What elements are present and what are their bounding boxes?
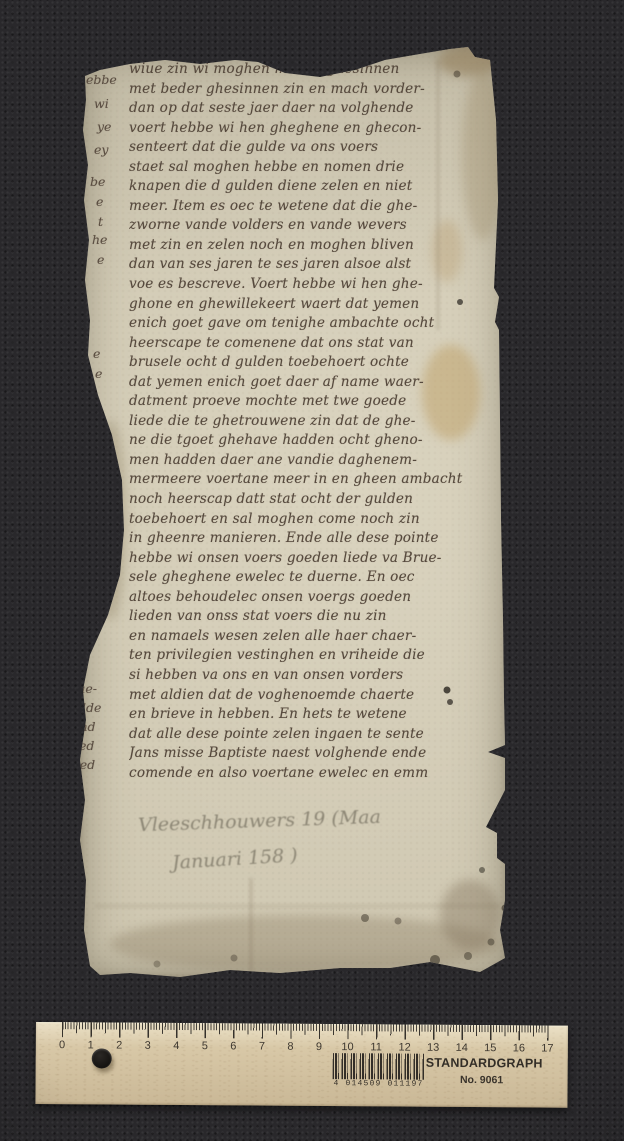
ruler: 01234567891011121314151617 4 014509 0111…	[35, 1022, 568, 1108]
margin-fragment: e	[96, 194, 103, 209]
ruler-hole	[92, 1048, 112, 1068]
margin-fragment: hilde	[70, 700, 101, 715]
barcode-digits: 4 014509 011197	[327, 1079, 431, 1089]
ruler-number: 13	[419, 1042, 448, 1054]
ruler-brand-label: STANDARDGRAPH	[426, 1056, 538, 1071]
ruler-number: 15	[476, 1042, 505, 1054]
ruler-number: 4	[162, 1040, 191, 1052]
ruler-number: 2	[105, 1039, 134, 1051]
ruler-number: 8	[276, 1041, 305, 1053]
ruler-number: 12	[390, 1041, 419, 1053]
ruler-number: 16	[505, 1042, 534, 1054]
ruler-scale-numbers: 01234567891011121314151617	[48, 1039, 562, 1055]
ruler-number: 9	[305, 1041, 334, 1053]
margin-fragment: t	[98, 214, 103, 229]
ruler-number: 3	[133, 1040, 162, 1052]
margin-fragment: e	[95, 366, 102, 381]
margin-fragment: wi	[94, 96, 109, 111]
photo-of-manuscript: { "photo": { "background_color": "#29282…	[0, 0, 624, 1141]
ruler-number: 7	[248, 1040, 277, 1052]
ruler-number: 6	[219, 1040, 248, 1052]
margin-fragment: m	[76, 620, 88, 635]
margin-fragment: ye	[97, 119, 111, 134]
ruler-number: 11	[362, 1041, 391, 1053]
barcode	[333, 1053, 425, 1080]
ruler-number: 17	[533, 1042, 562, 1054]
ruler-centimeter-ticks	[62, 1022, 550, 1040]
margin-fragment: e	[97, 252, 104, 267]
margin-fragment: be	[90, 174, 105, 189]
ruler-number: 5	[191, 1040, 220, 1052]
margin-fragment: r	[82, 598, 88, 613]
margin-fragments: ebbewiyeeybeetheeeermtyjae-hildeandbedwe…	[0, 0, 624, 1141]
ruler-number: 0	[48, 1039, 77, 1051]
ruler-number: 10	[333, 1041, 362, 1053]
ink-specks	[0, 0, 4, 4]
margin-fragment: t	[82, 642, 87, 657]
margin-fragment: ey	[94, 142, 108, 157]
margin-fragment: bed	[71, 738, 94, 753]
margin-fragment: he	[92, 232, 107, 247]
margin-fragment: and	[72, 719, 96, 734]
ruler-model-number: No. 9061	[426, 1074, 538, 1087]
margin-fragment: wed	[69, 757, 95, 772]
margin-fragment: ebbe	[86, 72, 117, 87]
parchment-sheet: wiue zin wi moghen metter ghesinnenmet b…	[0, 0, 624, 1141]
margin-fragment: y	[80, 662, 87, 677]
margin-fragment: e	[93, 346, 100, 361]
margin-fragment: jae-	[74, 681, 97, 696]
ruler-number: 14	[447, 1042, 476, 1054]
